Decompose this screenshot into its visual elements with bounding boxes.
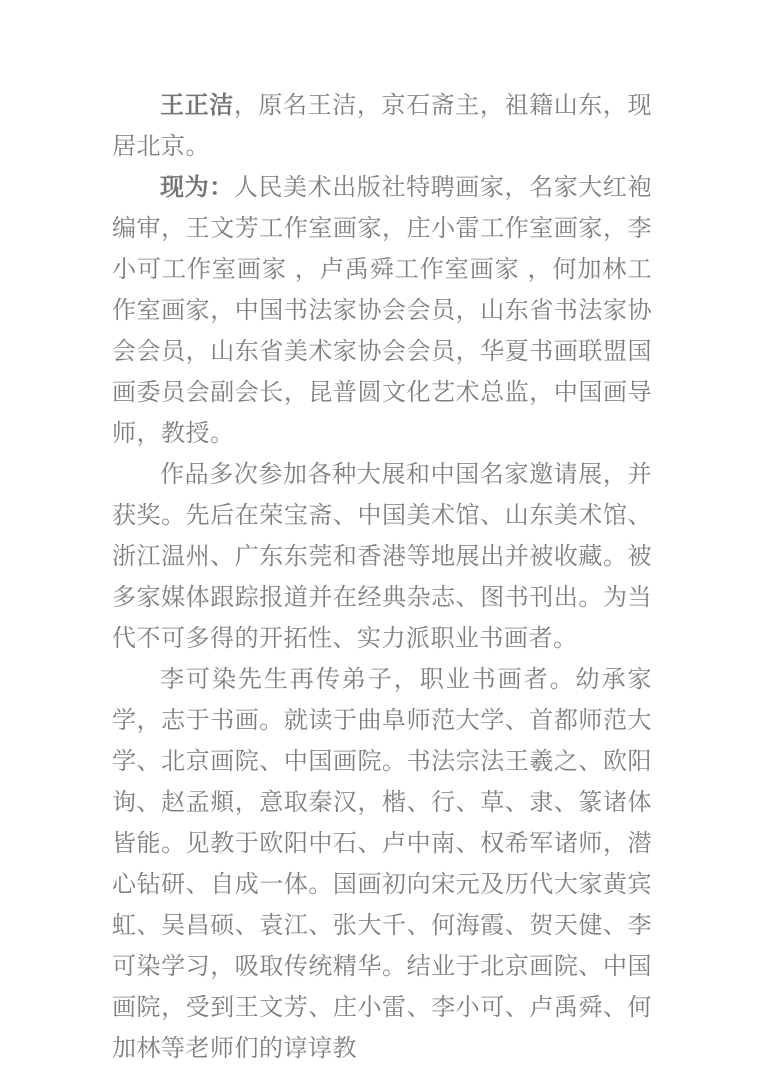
paragraph: 李可染先生再传弟子，职业书画者。幼承家学，志于书画。就读于曲阜师范大学、首都师范… <box>112 659 652 1069</box>
text-run: 李可染先生再传弟子，职业书画者。幼承家学，志于书画。就读于曲阜师范大学、首都师范… <box>112 666 652 1062</box>
bold-text-run: 现为： <box>160 174 234 201</box>
document-body: 王正洁，原名王洁，京石斋主，祖籍山东，现居北京。现为：人民美术出版社特聘画家，名… <box>112 85 652 1069</box>
text-run: 人民美术出版社特聘画家，名家大红袍编审，王文芳工作室画家，庄小雷工作室画家，李小… <box>112 174 652 447</box>
paragraph: 现为：人民美术出版社特聘画家，名家大红袍编审，王文芳工作室画家，庄小雷工作室画家… <box>112 167 652 454</box>
bold-text-run: 王正洁 <box>160 92 234 119</box>
document-page: 王正洁，原名王洁，京石斋主，祖籍山东，现居北京。现为：人民美术出版社特聘画家，名… <box>0 0 763 1080</box>
text-run: 作品多次参加各种大展和中国名家邀请展，并获奖。先后在荣宝斋、中国美术馆、山东美术… <box>112 461 652 652</box>
paragraph: 作品多次参加各种大展和中国名家邀请展，并获奖。先后在荣宝斋、中国美术馆、山东美术… <box>112 454 652 659</box>
paragraph: 王正洁，原名王洁，京石斋主，祖籍山东，现居北京。 <box>112 85 652 167</box>
